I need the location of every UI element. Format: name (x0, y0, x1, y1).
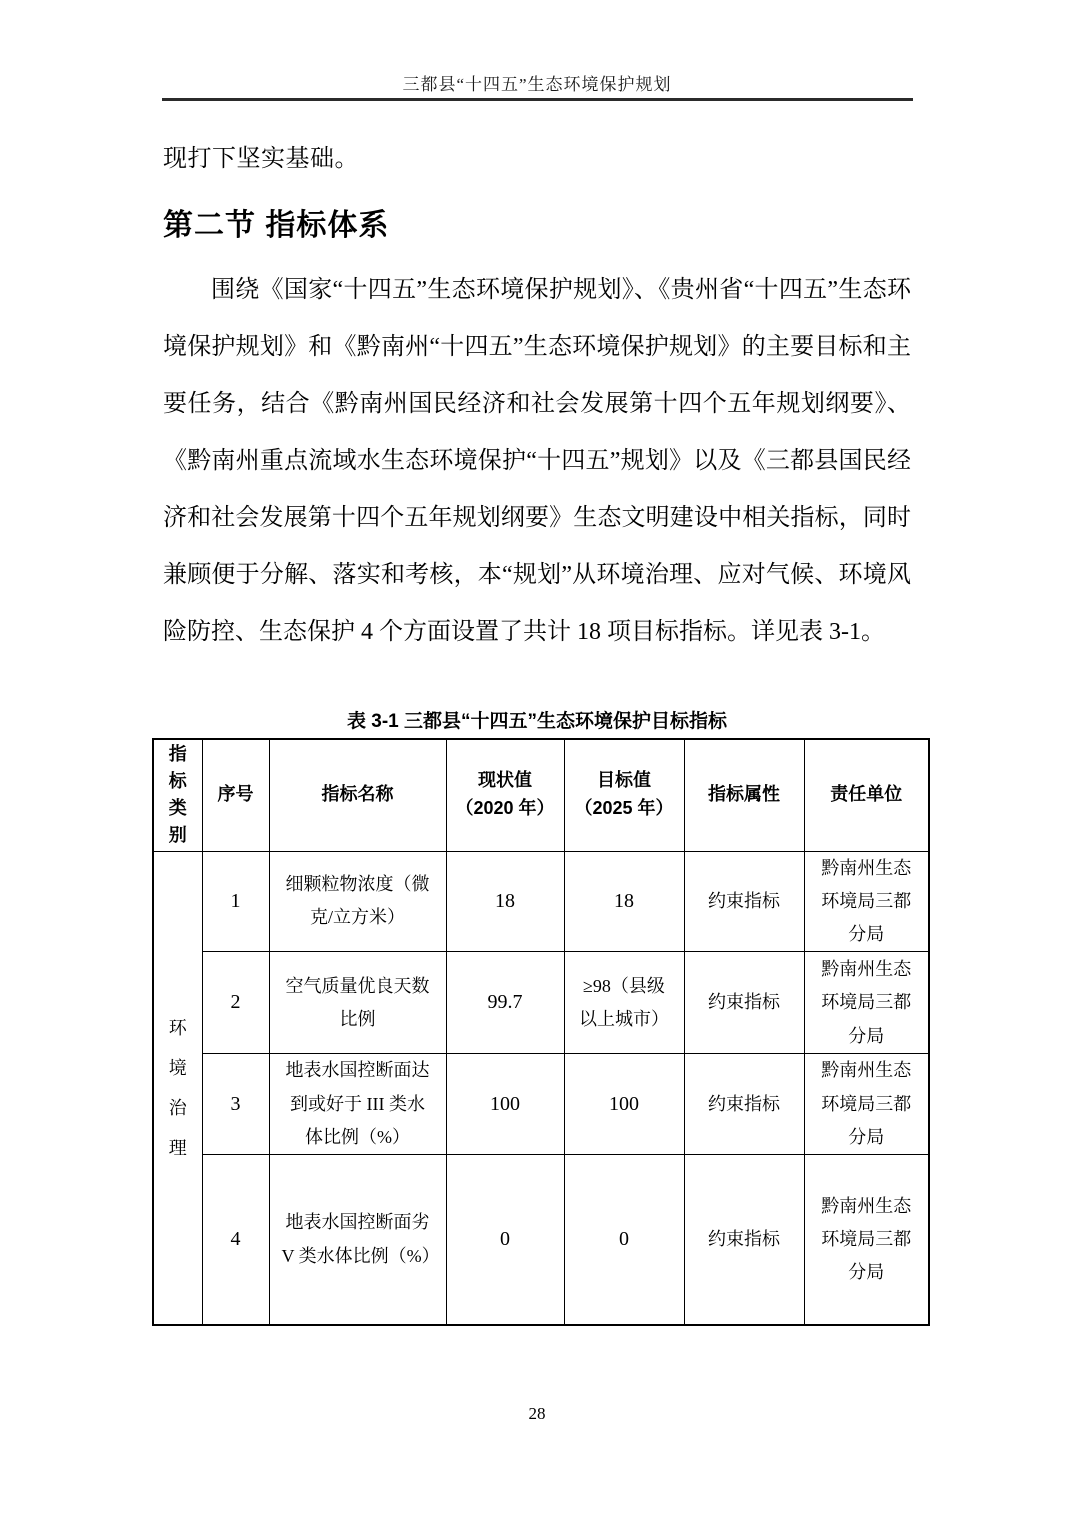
cell-indicator-name: 细颗粒物浓度（微克/立方米） (269, 851, 446, 952)
table-row: 3 地表水国控断面达到或好于 III 类水体比例（%） 100 100 约束指标… (153, 1054, 929, 1155)
page-number: 28 (0, 1404, 1074, 1424)
cell-current-value: 100 (446, 1054, 564, 1155)
cell-unit: 黔南州生态环境局三都分局 (804, 851, 929, 952)
category-label: 环境治理 (167, 1008, 188, 1168)
cell-attribute: 约束指标 (684, 1155, 804, 1325)
cell-no: 1 (202, 851, 269, 952)
cell-attribute: 约束指标 (684, 1054, 804, 1155)
cell-unit: 黔南州生态环境局三都分局 (804, 1054, 929, 1155)
cell-target-value: 100 (564, 1054, 684, 1155)
intro-paragraph: 现打下坚实基础。 (163, 138, 359, 173)
table-header-row: 指标类别 序号 指标名称 现状值 （2020 年） 目标值 （2025 年） 指… (153, 739, 929, 851)
header-cell-unit: 责任单位 (804, 739, 929, 851)
header-cell-name: 指标名称 (269, 739, 446, 851)
header-cell-current: 现状值 （2020 年） (446, 739, 564, 851)
cell-indicator-name: 地表水国控断面劣 V 类水体比例（%） (269, 1155, 446, 1325)
section-heading: 第二节 指标体系 (163, 200, 389, 244)
cell-no: 2 (202, 952, 269, 1054)
cell-indicator-name: 地表水国控断面达到或好于 III 类水体比例（%） (269, 1054, 446, 1155)
cell-no: 4 (202, 1155, 269, 1325)
cell-current-value: 18 (446, 851, 564, 952)
cell-attribute: 约束指标 (684, 952, 804, 1054)
table-row: 环境治理 1 细颗粒物浓度（微克/立方米） 18 18 约束指标 黔南州生态环境… (153, 851, 929, 952)
cell-no: 3 (202, 1054, 269, 1155)
cell-unit: 黔南州生态环境局三都分局 (804, 1155, 929, 1325)
cell-indicator-name: 空气质量优良天数比例 (269, 952, 446, 1054)
cell-target-value: ≥98（县级以上城市） (564, 952, 684, 1054)
header-cell-category-label: 指标类别 (167, 741, 188, 849)
table-row: 2 空气质量优良天数比例 99.7 ≥98（县级以上城市） 约束指标 黔南州生态… (153, 952, 929, 1054)
header-cell-attribute: 指标属性 (684, 739, 804, 851)
cell-attribute: 约束指标 (684, 851, 804, 952)
category-cell: 环境治理 (153, 851, 202, 1325)
cell-current-value: 0 (446, 1155, 564, 1325)
indicators-table: 指标类别 序号 指标名称 现状值 （2020 年） 目标值 （2025 年） 指… (152, 738, 930, 1326)
document-page: 三都县“十四五”生态环境保护规划 现打下坚实基础。 第二节 指标体系 围绕《国家… (0, 0, 1074, 1520)
cell-target-value: 18 (564, 851, 684, 952)
header-cell-target: 目标值 （2025 年） (564, 739, 684, 851)
table-caption: 表 3-1 三都县“十四五”生态环境保护目标指标 (0, 706, 1074, 733)
cell-current-value: 99.7 (446, 952, 564, 1054)
cell-unit: 黔南州生态环境局三都分局 (804, 952, 929, 1054)
header-rule (162, 98, 913, 101)
header-cell-category: 指标类别 (153, 739, 202, 851)
running-header-title: 三都县“十四五”生态环境保护规划 (0, 70, 1074, 95)
table-row: 4 地表水国控断面劣 V 类水体比例（%） 0 0 约束指标 黔南州生态环境局三… (153, 1155, 929, 1325)
body-paragraph: 围绕《国家“十四五”生态环境保护规划》、《贵州省“十四五”生态环境保护规划》和《… (163, 262, 911, 661)
cell-target-value: 0 (564, 1155, 684, 1325)
header-cell-no: 序号 (202, 739, 269, 851)
